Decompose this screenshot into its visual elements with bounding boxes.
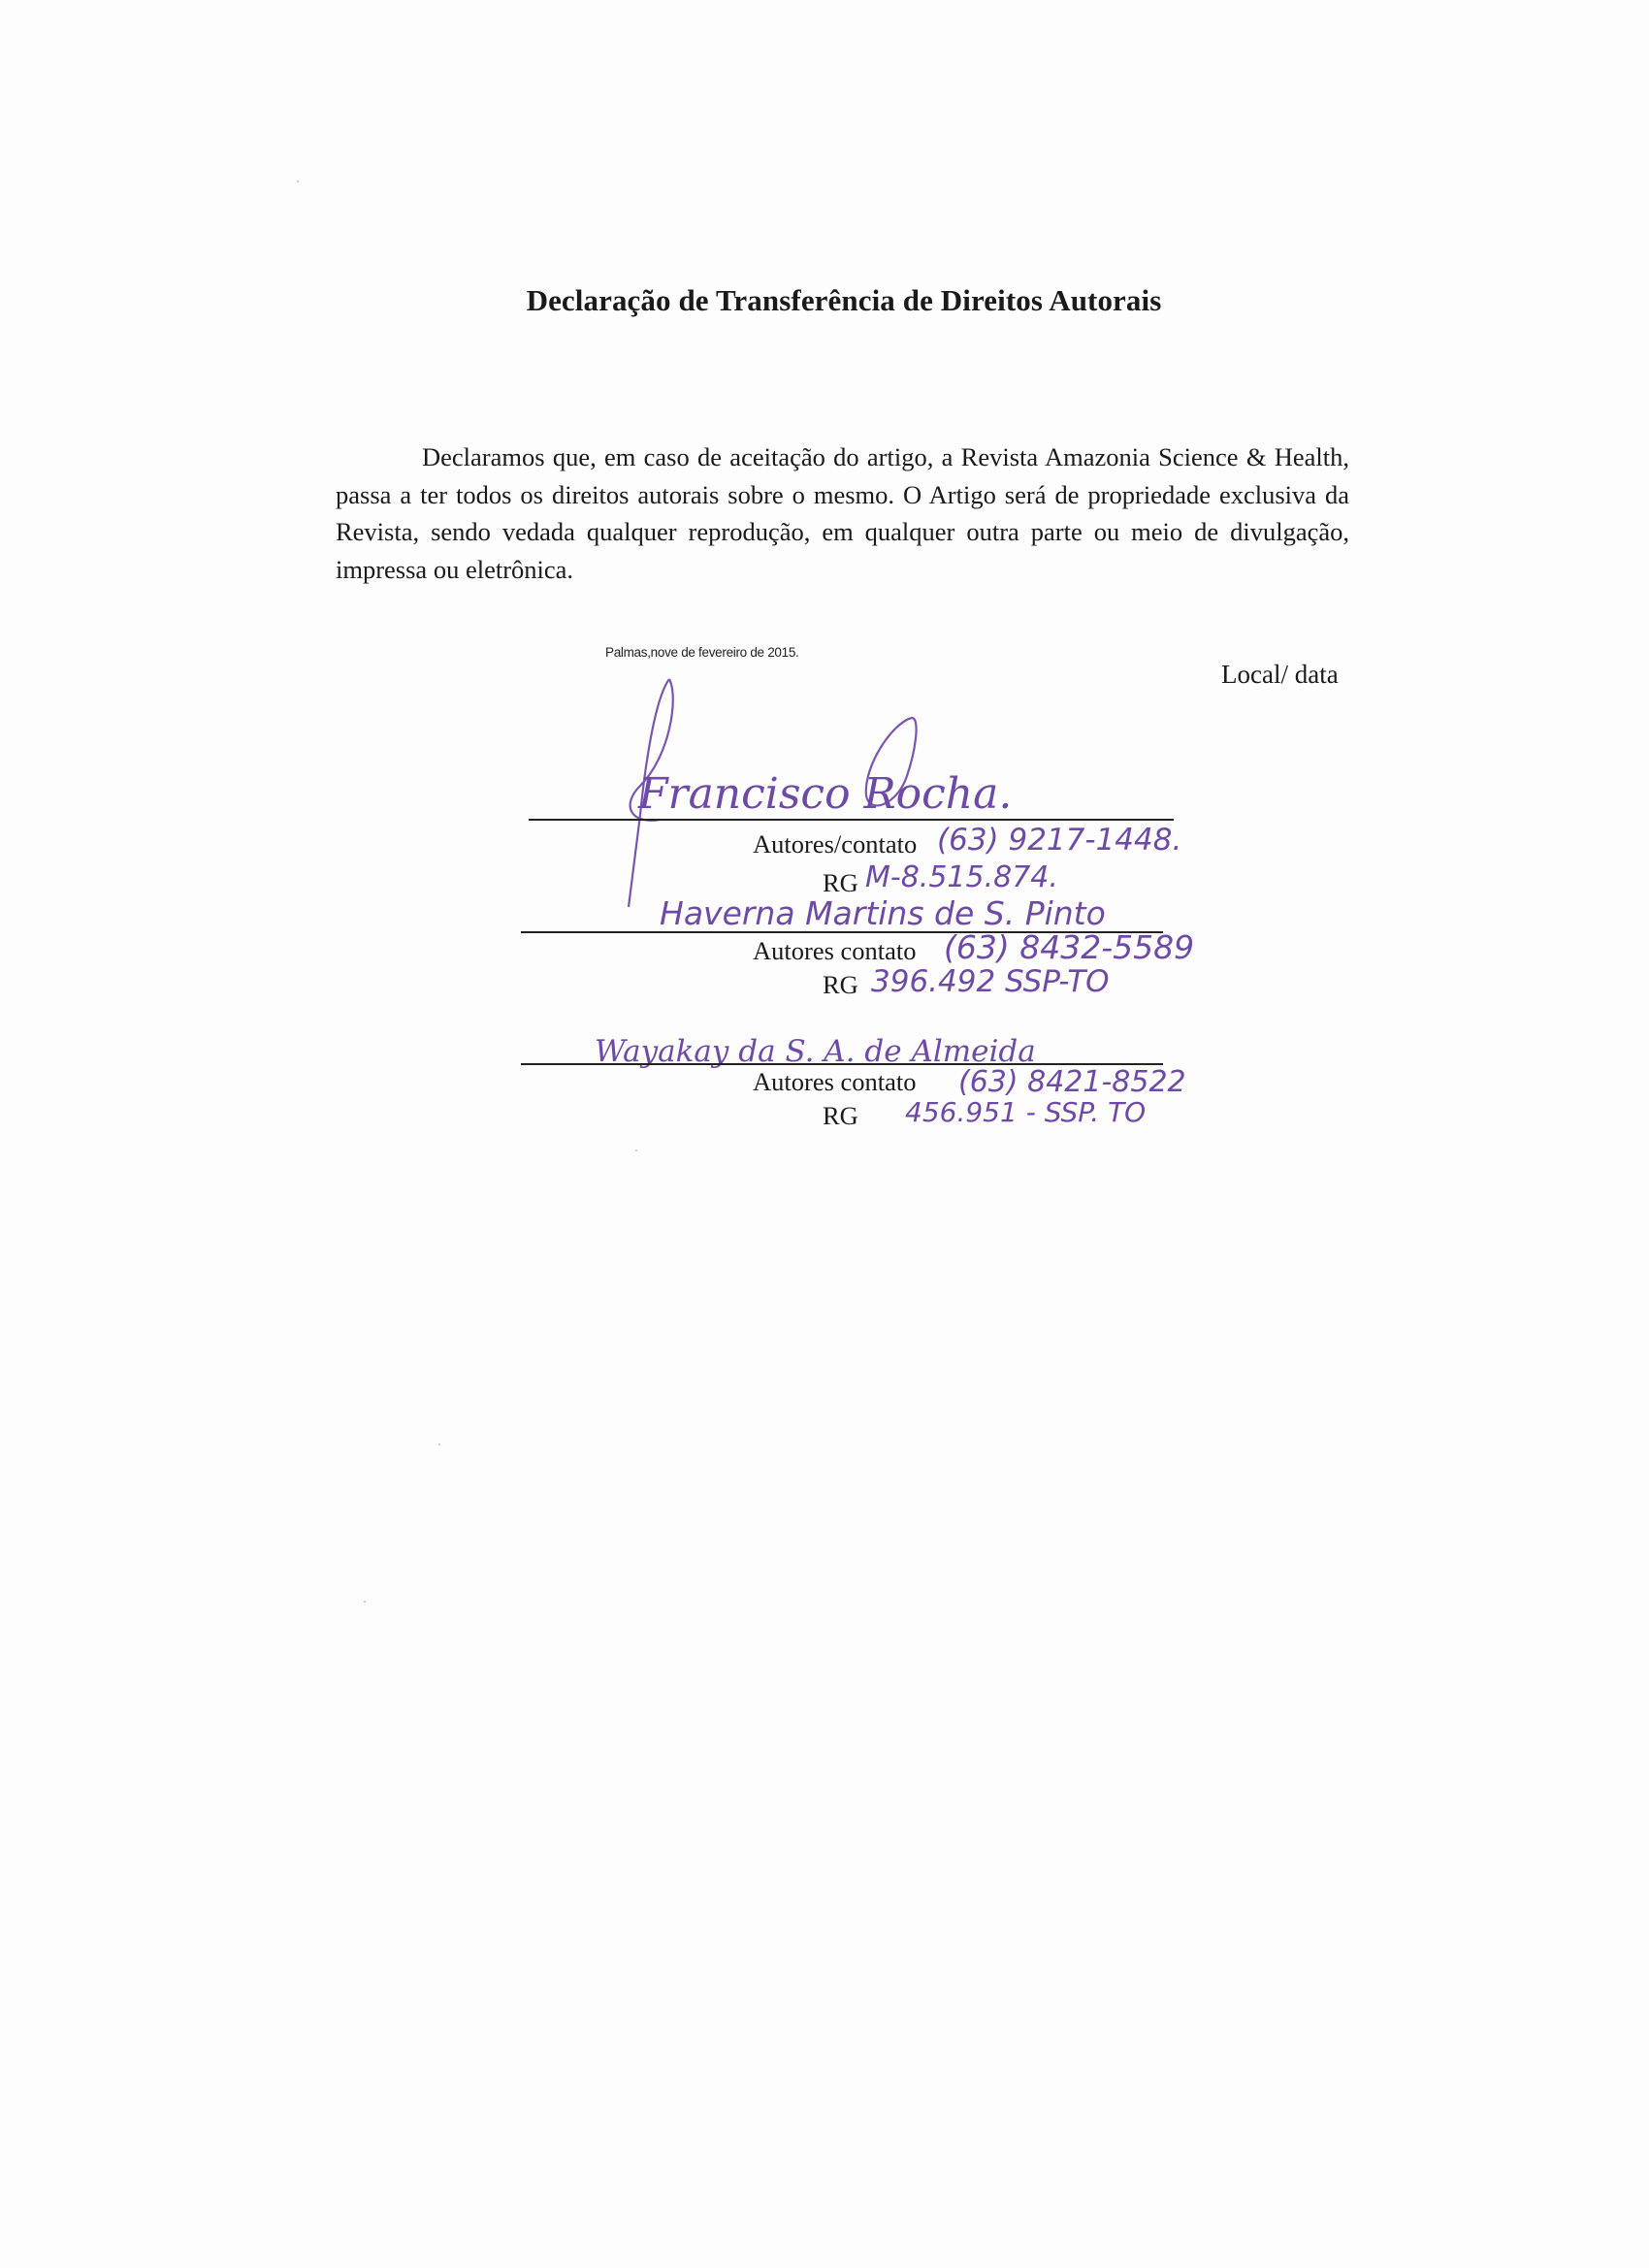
author-3-rg-value: 456.951 - SSP. TO	[905, 1096, 1146, 1128]
author-3-contact-value: (63) 8421-8522	[958, 1065, 1186, 1099]
author-1-signature: Francisco Rocha.	[638, 769, 1012, 819]
author-2-rg-value: 396.492 SSP-TO	[871, 964, 1110, 999]
local-date-label: Local/ data	[1221, 660, 1339, 690]
author-3-rg-label: RG	[823, 1101, 858, 1131]
author-1-rg-value: M-8.515.874.	[865, 860, 1058, 894]
scan-speck	[438, 1443, 440, 1445]
declaration-paragraph: Declaramos que, em caso de aceitação do …	[336, 438, 1349, 588]
author-1-contact-label: Autores/contato	[753, 829, 917, 859]
author-1-contact-value: (63) 9217-1448.	[937, 823, 1181, 858]
scanned-page: Declaração de Transferência de Direitos …	[0, 0, 1649, 2268]
author-1-signature-line	[529, 819, 1174, 821]
author-2-contact-value: (63) 8432-5589	[944, 928, 1194, 966]
author-2-contact-label: Autores contato	[753, 936, 917, 966]
author-2-signature: Haverna Martins de S. Pinto	[660, 894, 1106, 932]
scan-speck	[635, 1150, 637, 1151]
signature-flourish-1	[0, 0, 1649, 2268]
author-2-rg-label: RG	[823, 970, 858, 1000]
scan-speck	[364, 1601, 366, 1603]
place-date: Palmas,nove de fevereiro de 2015.	[605, 645, 798, 660]
document-title: Declaração de Transferência de Direitos …	[0, 283, 1649, 318]
author-3-contact-label: Autores contato	[753, 1067, 917, 1097]
scan-speck	[297, 180, 299, 182]
